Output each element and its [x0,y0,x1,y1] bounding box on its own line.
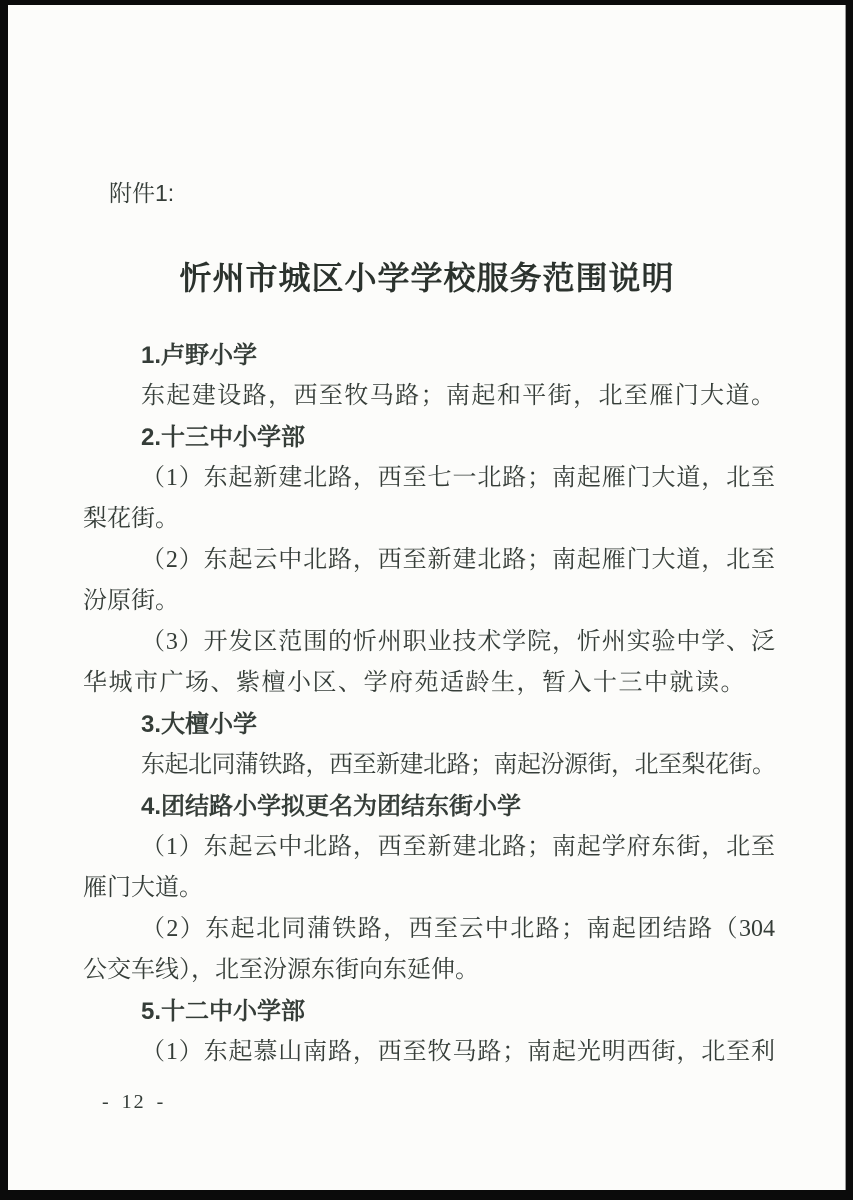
body-line: （2）东起云中北路，西至新建北路；南起雁门大道，北至 [83,540,775,581]
page-edge-shadow [845,5,846,1190]
document-title: 忻州市城区小学学校服务范围说明 [8,253,846,299]
body-line: （3）开发区范围的忻州职业技术学院，忻州实验中学、泛 [83,622,775,663]
body-line: 公交车线），北至汾源东街向东延伸。 [83,950,775,991]
body-line: 梨花街。 [83,499,775,540]
body-line: （1）东起云中北路，西至新建北路；南起学府东街，北至 [83,827,775,868]
body-line: （1）东起慕山南路，西至牧马路；南起光明西街，北至利 [83,1032,775,1073]
body-line: （1）东起新建北路，西至七一北路；南起雁门大道，北至 [83,458,775,499]
section-heading: 5.十二中小学部 [83,991,775,1032]
attachment-label: 附件1: [109,179,174,207]
body-line: 雁门大道。 [83,868,775,909]
section-heading: 2.十三中小学部 [83,417,775,458]
body-line: 汾原街。 [83,581,775,622]
document-body: 1.卢野小学 东起建设路，西至牧马路；南起和平街，北至雁门大道。 2.十三中小学… [83,335,775,1073]
page-number: - 12 - [102,1091,165,1113]
section-heading: 1.卢野小学 [83,335,775,376]
scan-border: { "document": { "attachment_label": "附件1… [0,0,853,1200]
section-heading: 4.团结路小学拟更名为团结东街小学 [83,786,775,827]
document-page: 附件1: 忻州市城区小学学校服务范围说明 1.卢野小学 东起建设路，西至牧马路；… [8,5,846,1190]
body-line: （2）东起北同蒲铁路，西至云中北路；南起团结路（304 [83,909,775,950]
body-line: 东起北同蒲铁路，西至新建北路；南起汾源街，北至梨花街。 [83,745,775,786]
section-heading: 3.大檀小学 [83,704,775,745]
body-line: 东起建设路，西至牧马路；南起和平街，北至雁门大道。 [83,376,775,417]
body-line: 华城市广场、紫檀小区、学府苑适龄生，暂入十三中就读。 [83,663,775,704]
